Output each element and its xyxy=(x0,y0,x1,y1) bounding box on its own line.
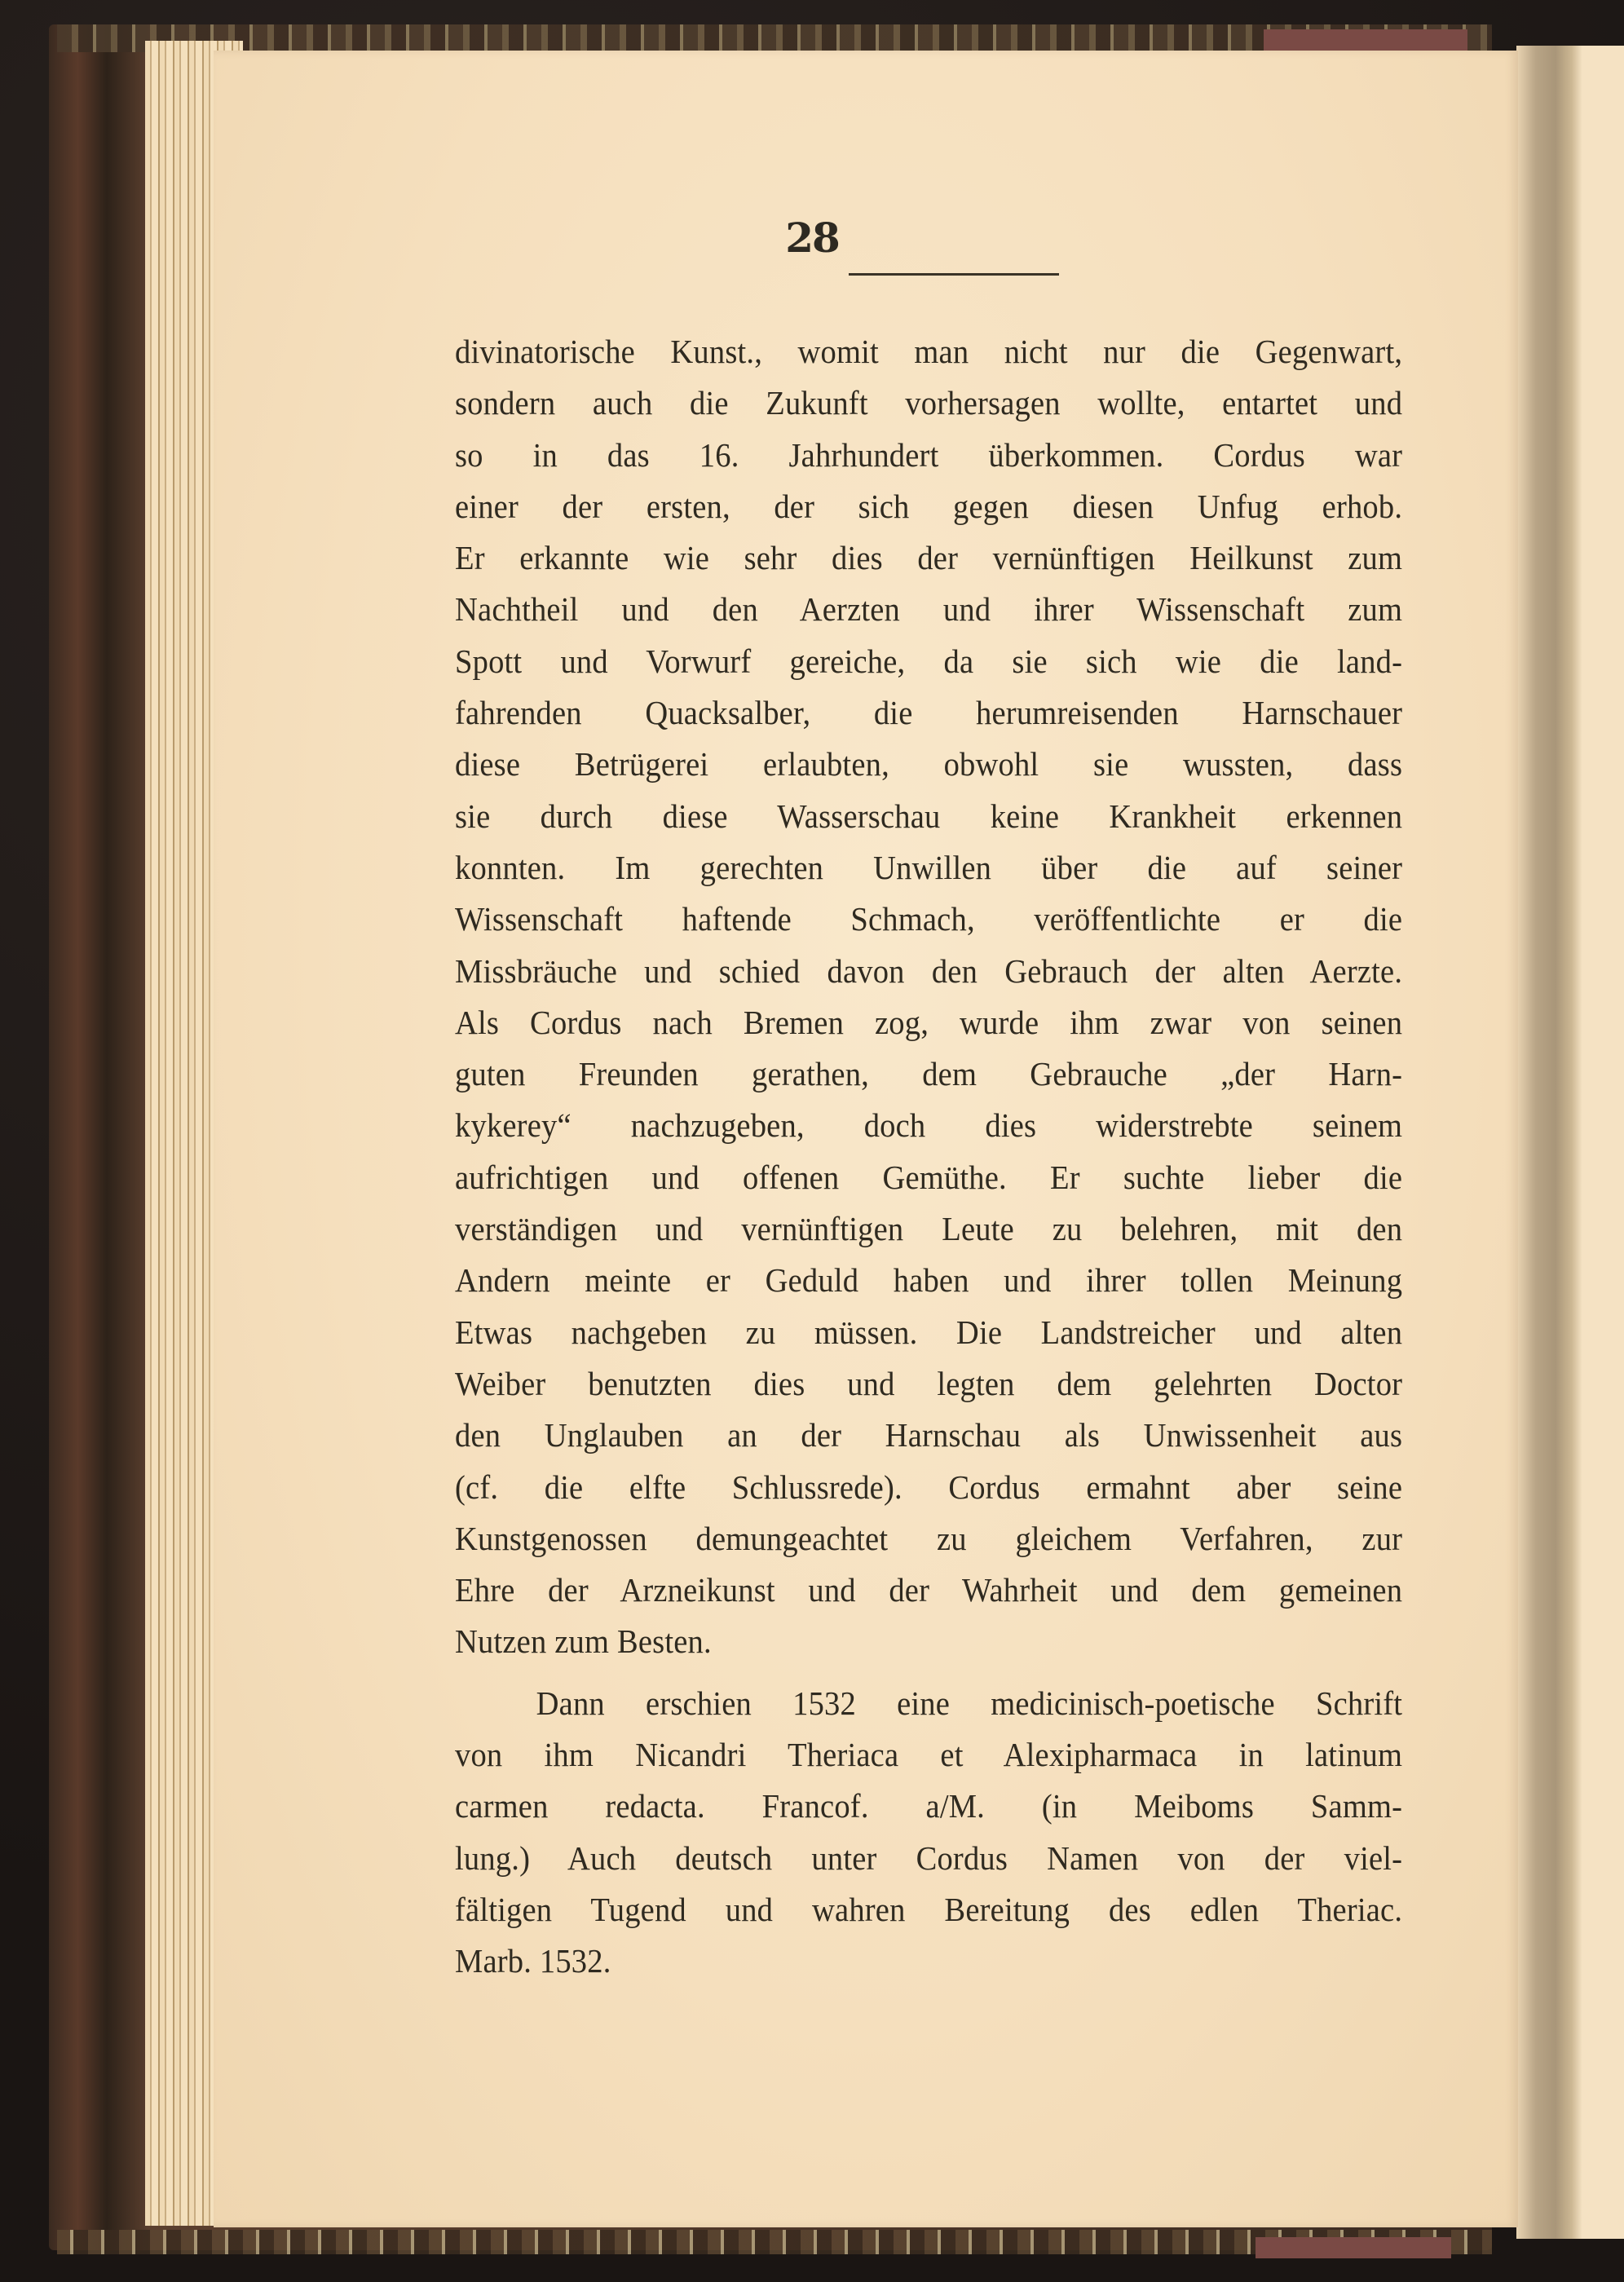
facing-page-edge xyxy=(1582,46,1624,2239)
text-line: Als Cordus nach Bremen zog, wurde ihm zw… xyxy=(455,997,1402,1048)
text-line: divinatorische Kunst., womit man nicht n… xyxy=(455,326,1402,377)
body-text: divinatorische Kunst., womit man nicht n… xyxy=(455,326,1402,1988)
book-gutter xyxy=(1516,46,1582,2239)
text-line: (cf. die elfte Schlussrede). Cordus erma… xyxy=(455,1462,1402,1513)
text-line: Kunstgenossen demungeachtet zu gleichem … xyxy=(455,1513,1402,1565)
text-line: Spott und Vorwurf gereiche, da sie sich … xyxy=(455,636,1402,687)
text-line: guten Freunden gerathen, dem Gebrauche „… xyxy=(455,1048,1402,1100)
text-line: Nutzen zum Besten. xyxy=(455,1616,1402,1667)
text-line: Marb. 1532. xyxy=(455,1936,1402,1987)
text-line: Wissenschaft haftende Schmach, veröffent… xyxy=(455,894,1402,945)
page-number-rule xyxy=(849,273,1059,276)
text-line: so in das 16. Jahrhundert überkommen. Co… xyxy=(455,430,1402,481)
book-cover-corner-bottom xyxy=(1256,2237,1451,2258)
text-line: fahrenden Quacksalber, die herumreisende… xyxy=(455,687,1402,739)
text-line: aufrichtigen und offenen Gemüthe. Er suc… xyxy=(455,1152,1402,1203)
text-line: sie durch diese Wasserschau keine Krankh… xyxy=(455,791,1402,842)
text-line: Missbräuche und schied davon den Gebrauc… xyxy=(455,946,1402,997)
text-line: Nachtheil und den Aerzten und ihrer Wiss… xyxy=(455,584,1402,635)
text-line: Dann erschien 1532 eine medicinisch-poet… xyxy=(455,1678,1402,1729)
text-line: Er erkannte wie sehr dies der vernünftig… xyxy=(455,532,1402,584)
text-line: Etwas nachgeben zu müssen. Die Landstrei… xyxy=(455,1307,1402,1358)
text-line: fältigen Tugend und wahren Bereitung des… xyxy=(455,1884,1402,1936)
text-line: von ihm Nicandri Theriaca et Alexipharma… xyxy=(455,1729,1402,1781)
text-line: verständigen und vernünftigen Leute zu b… xyxy=(455,1203,1402,1255)
text-line: konnten. Im gerechten Unwillen über die … xyxy=(455,842,1402,894)
text-line: den Unglauben an der Harnschau als Unwis… xyxy=(455,1410,1402,1461)
paragraph-gap xyxy=(455,1668,1402,1678)
text-line: diese Betrügerei erlaubten, obwohl sie w… xyxy=(455,739,1402,790)
page-number: 28 xyxy=(0,214,1624,262)
text-line: sondern auch die Zukunft vorhersagen wol… xyxy=(455,377,1402,429)
text-line: einer der ersten, der sich gegen diesen … xyxy=(455,481,1402,532)
text-line: kykerey“ nachzugeben, doch dies widerstr… xyxy=(455,1100,1402,1151)
text-line: Andern meinte er Geduld haben und ihrer … xyxy=(455,1255,1402,1306)
text-line: lung.) Auch deutsch unter Cordus Namen v… xyxy=(455,1833,1402,1884)
text-line: carmen redacta. Francof. a/M. (in Meibom… xyxy=(455,1781,1402,1832)
text-line: Weiber benutzten dies und legten dem gel… xyxy=(455,1358,1402,1410)
text-line: Ehre der Arzneikunst und der Wahrheit un… xyxy=(455,1565,1402,1616)
